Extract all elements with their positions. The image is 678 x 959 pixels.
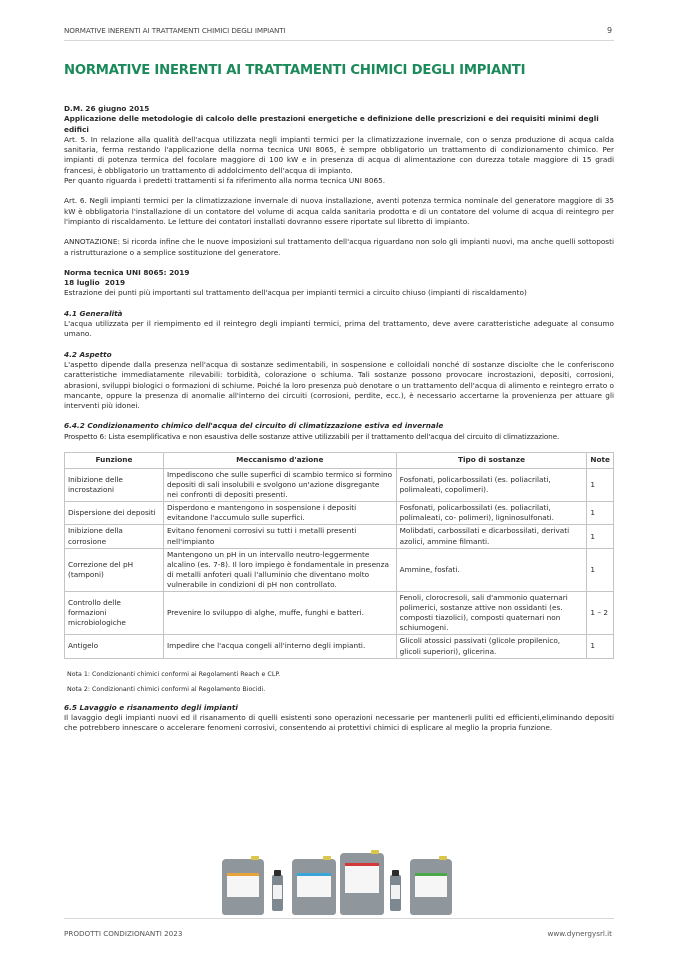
cell-tipo: Glicoli atossici passivati (glicole prop… bbox=[396, 635, 587, 658]
cell-tipo: Molibdati, carbossilati e dicarbossilati… bbox=[396, 525, 587, 548]
section-4-1-text: L'acqua utilizzata per il riempimento ed… bbox=[64, 319, 614, 340]
cell-funzione: Antigelo bbox=[65, 635, 164, 658]
document-body: D.M. 26 giugno 2015 Applicazione delle m… bbox=[64, 104, 614, 734]
products-image bbox=[222, 845, 458, 915]
jerrycan-green bbox=[410, 859, 452, 915]
table-row: Dispersione dei depositiDisperdono e man… bbox=[65, 502, 614, 525]
page-title: NORMATIVE INERENTI AI TRATTAMENTI CHIMIC… bbox=[64, 63, 525, 78]
footer-title: PRODOTTI CONDIZIONANTI 2023 bbox=[64, 929, 182, 938]
section-6-5-text: Il lavaggio degli impianti nuovi ed il r… bbox=[64, 713, 614, 734]
uni-intro: Estrazione dei punti più importanti sul … bbox=[64, 288, 614, 298]
cell-meccanismo: Evitano fenomeni corrosivi su tutti i me… bbox=[163, 525, 396, 548]
note-1: Nota 1: Condizionanti chimici conformi a… bbox=[67, 667, 614, 682]
cell-meccanismo: Impedire che l'acqua congeli all'interno… bbox=[163, 635, 396, 658]
table-notes: Nota 1: Condizionanti chimici conformi a… bbox=[64, 667, 614, 697]
jerrycan-orange bbox=[222, 859, 264, 915]
cell-tipo: Ammine, fosfati. bbox=[396, 548, 587, 591]
cell-meccanismo: Disperdono e mantengono in sospensione i… bbox=[163, 502, 396, 525]
note-2: Nota 2: Condizionanti chimici conformi a… bbox=[67, 682, 614, 697]
bottle-small bbox=[272, 875, 283, 911]
page-number: 9 bbox=[607, 26, 612, 35]
cell-tipo: Fosfonati, policarbossilati (es. poliacr… bbox=[396, 502, 587, 525]
cell-note: 1 bbox=[587, 469, 614, 502]
cell-note: 1 bbox=[587, 525, 614, 548]
cell-meccanismo: Impediscono che sulle superfici di scamb… bbox=[163, 469, 396, 502]
table-header-row: Funzione Meccanismo d'azione Tipo di sos… bbox=[65, 453, 614, 469]
section-4-2-title: 4.2 Aspetto bbox=[64, 350, 614, 360]
cell-funzione: Controllo delle formazioni microbiologic… bbox=[65, 592, 164, 635]
uni-norma: Norma tecnica UNI 8065: 2019 bbox=[64, 268, 614, 278]
art5-text: Art. 5. In relazione alla qualità dell'a… bbox=[64, 135, 614, 176]
table-row: Inibizione della corrosioneEvitano fenom… bbox=[65, 525, 614, 548]
cell-funzione: Inibizione delle incrostazioni bbox=[65, 469, 164, 502]
cell-note: 1 bbox=[587, 502, 614, 525]
jerrycan-blue bbox=[292, 859, 336, 915]
cell-tipo: Fenoli, clorocresoli, sali d'ammonio qua… bbox=[396, 592, 587, 635]
cell-note: 1 bbox=[587, 635, 614, 658]
art6-text: Art. 6. Negli impianti termici per la cl… bbox=[64, 196, 614, 227]
cell-meccanismo: Mantengono un pH in un intervallo neutro… bbox=[163, 548, 396, 591]
section-4-1-title: 4.1 Generalità bbox=[64, 309, 614, 319]
uni-date: 18 luglio 2019 bbox=[64, 278, 614, 288]
bottle-small bbox=[390, 875, 401, 911]
table-row: Inibizione delle incrostazioniImpediscon… bbox=[65, 469, 614, 502]
annotation-text: ANNOTAZIONE: Si ricorda infine che le nu… bbox=[64, 237, 614, 258]
art5-reference: Per quanto riguarda i predetti trattamen… bbox=[64, 176, 614, 186]
section-4-2-text: L'aspetto dipende dalla presenza nell'ac… bbox=[64, 360, 614, 411]
column-header-note: Note bbox=[587, 453, 614, 469]
running-title: NORMATIVE INERENTI AI TRATTAMENTI CHIMIC… bbox=[64, 26, 286, 35]
cell-note: 1 bbox=[587, 548, 614, 591]
dm-heading: Applicazione delle metodologie di calcol… bbox=[64, 114, 614, 135]
section-6-4-2-title: 6.4.2 Condizionamento chimico dell'acqua… bbox=[64, 421, 614, 431]
table-row: Correzione del pH (tamponi)Mantengono un… bbox=[65, 548, 614, 591]
footer-website[interactable]: www.dynergysrl.it bbox=[548, 929, 613, 938]
jerrycan-red bbox=[340, 853, 384, 915]
column-header-funzione: Funzione bbox=[65, 453, 164, 469]
section-6-5-title: 6.5 Lavaggio e risanamento degli impiant… bbox=[64, 703, 614, 713]
label-band bbox=[227, 873, 259, 876]
substances-table: Funzione Meccanismo d'azione Tipo di sos… bbox=[64, 452, 614, 659]
cell-funzione: Dispersione dei depositi bbox=[65, 502, 164, 525]
running-header: NORMATIVE INERENTI AI TRATTAMENTI CHIMIC… bbox=[64, 26, 614, 41]
column-header-tipo: Tipo di sostanze bbox=[396, 453, 587, 469]
table-row: Controllo delle formazioni microbiologic… bbox=[65, 592, 614, 635]
page-footer: PRODOTTI CONDIZIONANTI 2023 www.dynergys… bbox=[64, 918, 614, 938]
cell-tipo: Fosfonati, policarbossilati (es. poliacr… bbox=[396, 469, 587, 502]
cell-funzione: Correzione del pH (tamponi) bbox=[65, 548, 164, 591]
cell-funzione: Inibizione della corrosione bbox=[65, 525, 164, 548]
column-header-meccanismo: Meccanismo d'azione bbox=[163, 453, 396, 469]
cell-note: 1 – 2 bbox=[587, 592, 614, 635]
table-caption: Prospetto 6: Lista esemplificativa e non… bbox=[64, 432, 614, 442]
table-row: AntigeloImpedire che l'acqua congeli all… bbox=[65, 635, 614, 658]
dm-date: D.M. 26 giugno 2015 bbox=[64, 104, 614, 114]
cell-meccanismo: Prevenire lo sviluppo di alghe, muffe, f… bbox=[163, 592, 396, 635]
